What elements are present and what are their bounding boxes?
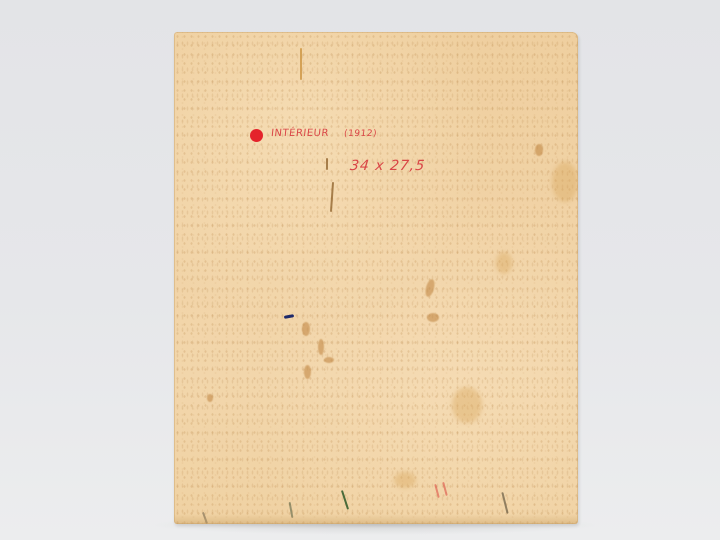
stain [302, 322, 310, 336]
stain [318, 339, 324, 355]
red-scratch [442, 482, 447, 496]
stain [424, 278, 436, 297]
water-stain [452, 387, 482, 423]
pencil-mark [300, 48, 302, 80]
stain [207, 394, 213, 402]
pencil-mark [326, 158, 328, 170]
dark-scratch [289, 502, 293, 518]
stain [427, 313, 439, 322]
handwritten-dimensions: 34 x 27,5 [349, 158, 426, 174]
artwork-panel-back: INTÉRIEUR (1912) 34 x 27,5 [174, 32, 578, 524]
handwritten-year: (1912) [343, 129, 377, 139]
pencil-mark [330, 182, 334, 212]
water-stain [394, 472, 416, 488]
stain [324, 357, 334, 363]
handwritten-title: INTÉRIEUR [270, 128, 329, 139]
red-label-dot [250, 129, 263, 142]
red-scratch [434, 484, 439, 498]
blue-ink-speck [284, 314, 294, 319]
dark-scratch [202, 512, 208, 524]
green-scratch [341, 490, 349, 509]
stain [535, 144, 543, 156]
water-stain [552, 162, 578, 202]
dark-scratch [501, 492, 508, 514]
water-stain [496, 252, 512, 274]
stain [304, 365, 311, 379]
